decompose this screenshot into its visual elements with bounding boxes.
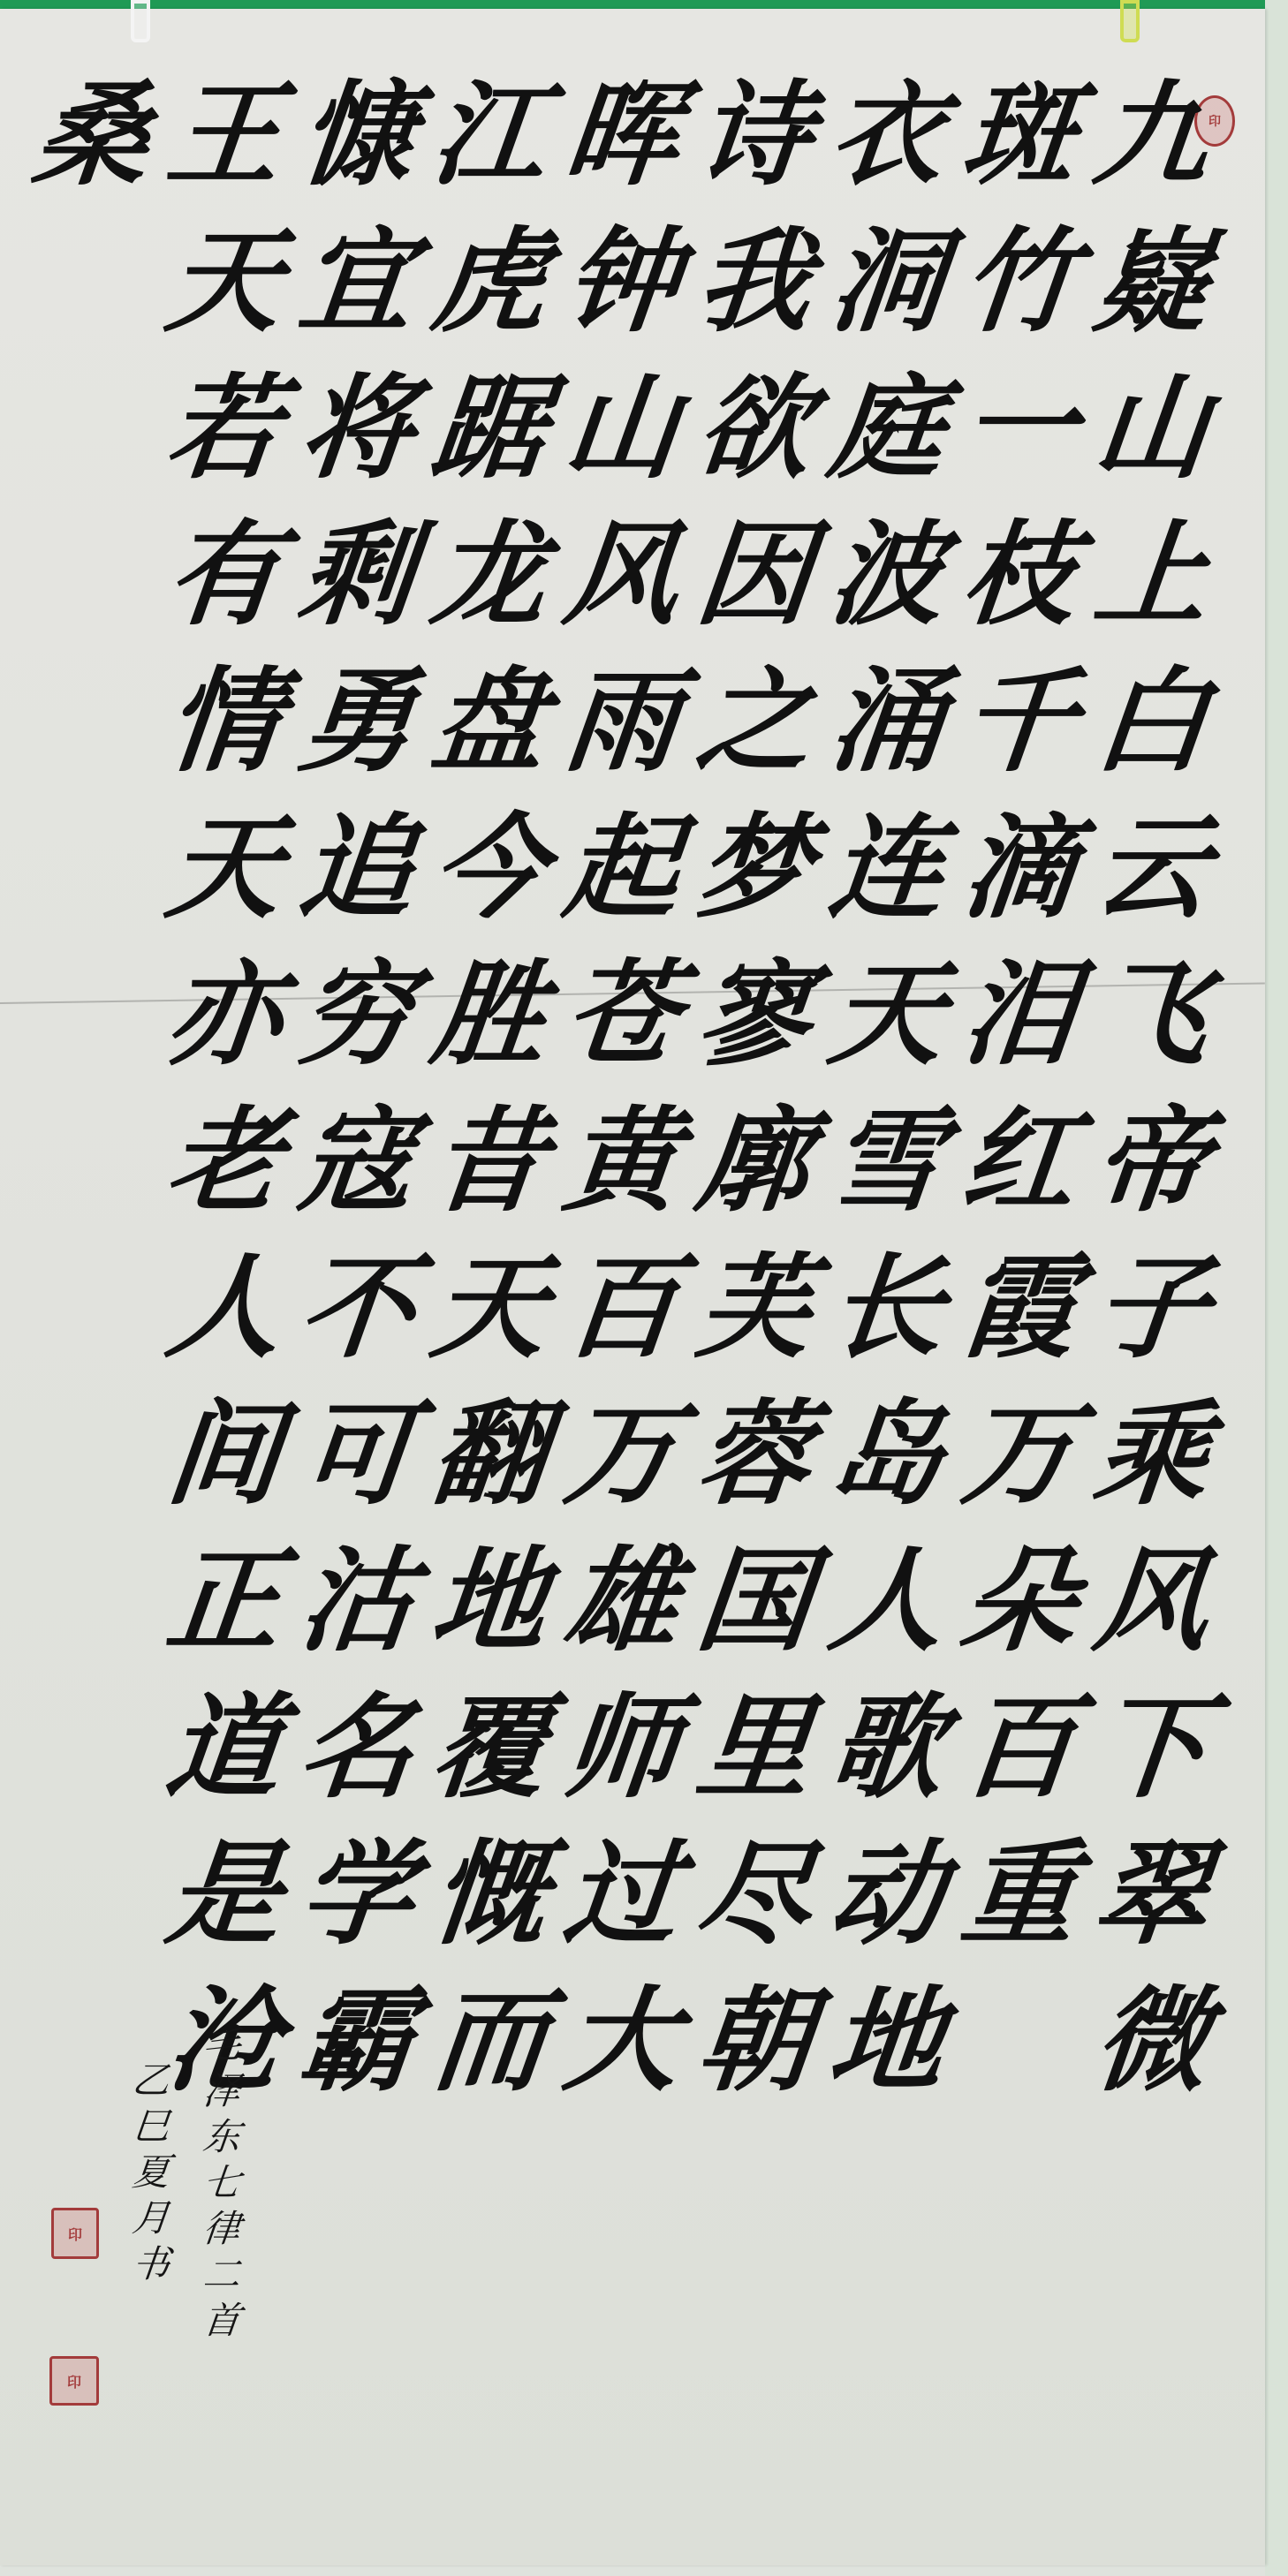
calligraphy-character: 云 (1087, 795, 1216, 941)
calligraphy-character: 胜 (425, 941, 553, 1088)
calligraphy-character: 雄 (557, 1528, 686, 1674)
calligraphy-character: 飞 (1087, 941, 1216, 1088)
calligraphy-character: 沽 (292, 1528, 420, 1674)
calligraphy-character: 连 (822, 795, 951, 941)
calligraphy-character: 王 (160, 62, 288, 208)
calligraphy-character: 寇 (292, 1088, 420, 1235)
calligraphy-character: 大 (557, 1968, 686, 2114)
style-name-seal: 印 (49, 2356, 99, 2406)
calligraphy-character: 穷 (292, 941, 420, 1088)
calligraphy-character: 一 (955, 355, 1083, 502)
calligraphy-character: 诗 (690, 62, 818, 208)
calligraphy-character: 风 (1087, 1528, 1216, 1674)
calligraphy-character: 间 (160, 1381, 288, 1528)
calligraphy-character: 正 (160, 1528, 288, 1674)
calligraphy-character: 子 (1087, 1235, 1216, 1381)
calligraphy-character: 人 (822, 1528, 951, 1674)
calligraphy-character: 道 (160, 1674, 288, 1821)
calligraphy-character: 慷 (292, 62, 420, 208)
calligraphy-character: 蓉 (690, 1381, 818, 1528)
calligraphy-character: 虎 (425, 208, 553, 355)
calligraphy-character: 乘 (1087, 1381, 1216, 1528)
calligraphy-character: 地 (425, 1528, 553, 1674)
inscription-character: 律 (201, 2206, 242, 2252)
calligraphy-character: 追 (292, 795, 420, 941)
calligraphy-character: 枝 (955, 502, 1083, 648)
calligraphy-character: 百 (557, 1235, 686, 1381)
inscription-character: 乙 (130, 2058, 171, 2104)
calligraphy-character: 霸 (292, 1968, 420, 2114)
inscription-character: 毛 (201, 2022, 242, 2068)
inscription-character: 巳 (130, 2104, 171, 2149)
calligraphy-character: 若 (160, 355, 288, 502)
calligraphy-character: 宜 (292, 208, 420, 355)
calligraphy-character: 九 (1087, 62, 1216, 208)
calligraphy-character: 江 (425, 62, 553, 208)
calligraphy-character: 起 (557, 795, 686, 941)
calligraphy-character: 霞 (955, 1235, 1083, 1381)
calligraphy-character: 洞 (822, 208, 951, 355)
calligraphy-character: 下 (1087, 1674, 1216, 1821)
calligraphy-character: 今 (425, 795, 553, 941)
calligraphy-column: 慷宜将剩勇追穷寇不可沽名学霸 (300, 62, 413, 2114)
calligraphy-column: 诗我欲因之梦寥廓芙蓉国里尽朝 (698, 62, 811, 2114)
calligraphy-character: 因 (690, 502, 818, 648)
calligraphy-character: 而 (425, 1968, 553, 2114)
calligraphy-character: 名 (292, 1674, 420, 1821)
calligraphy-character: 长 (822, 1235, 951, 1381)
calligraphy-character: 微 (1087, 1968, 1216, 2114)
calligraphy-character: 雪 (822, 1088, 951, 1235)
calligraphy-character: 过 (557, 1821, 686, 1968)
calligraphy-character: 动 (822, 1821, 951, 1968)
calligraphy-character: 欲 (690, 355, 818, 502)
calligraphy-character: 昔 (425, 1088, 553, 1235)
inscription-character: 书 (130, 2241, 171, 2287)
calligraphy-character: 衣 (822, 62, 951, 208)
calligraphy-character: 是 (160, 1821, 288, 1968)
calligraphy-character: 里 (690, 1674, 818, 1821)
calligraphy-character: 山 (1087, 355, 1216, 502)
calligraphy-column: 衣洞庭波涌连天雪长岛人歌动地 (830, 62, 943, 2114)
calligraphy-character: 白 (1087, 648, 1216, 795)
inscription-character: 首 (201, 2298, 242, 2344)
calligraphy-character: 梦 (690, 795, 818, 941)
calligraphy-character: 波 (822, 502, 951, 648)
calligraphy-character: 斑 (955, 62, 1083, 208)
calligraphy-character: 情 (160, 648, 288, 795)
calligraphy-character: 尽 (690, 1821, 818, 1968)
calligraphy-character: 钟 (557, 208, 686, 355)
calligraphy-character: 雨 (557, 648, 686, 795)
inscription-character: 东 (201, 2114, 242, 2160)
calligraphy-character: 桑 (27, 62, 155, 208)
calligraphy-character: 竹 (955, 208, 1083, 355)
calligraphy-character: 朝 (690, 1968, 818, 2114)
calligraphy-character: 剩 (292, 502, 420, 648)
calligraphy-character: 寥 (690, 941, 818, 1088)
calligraphy-column: 王天若有情天亦老人间正道是沧 (168, 62, 281, 2114)
calligraphy-character: 有 (160, 502, 288, 648)
calligraphy-column: 江虎踞龙盘今胜昔天翻地覆慨而 (433, 62, 546, 2114)
calligraphy-character: 晖 (557, 62, 686, 208)
white-binder-clip-icon (131, 0, 150, 42)
calligraphy-character: 地 (822, 1968, 951, 2114)
calligraphy-character: 翻 (425, 1381, 553, 1528)
inscription-character: 夏 (130, 2149, 171, 2195)
calligraphy-character: 天 (425, 1235, 553, 1381)
calligraphy-character: 百 (955, 1674, 1083, 1821)
calligraphy-character: 滴 (955, 795, 1083, 941)
calligraphy-column: 九嶷山上白云飞帝子乘风下翠微 (1095, 62, 1208, 2114)
calligraphy-character: 盘 (425, 648, 553, 795)
calligraphy-character: 师 (557, 1674, 686, 1821)
calligraphy-character: 帝 (1087, 1088, 1216, 1235)
calligraphy-character: 天 (822, 941, 951, 1088)
calligraphy-character: 上 (1087, 502, 1216, 648)
calligraphy-character: 将 (292, 355, 420, 502)
calligraphy-character: 千 (955, 648, 1083, 795)
calligraphy-character: 黄 (557, 1088, 686, 1235)
calligraphy-character: 歌 (822, 1674, 951, 1821)
calligraphy-character: 龙 (425, 502, 553, 648)
calligraphy-character: 庭 (822, 355, 951, 502)
calligraphy-character: 芙 (690, 1235, 818, 1381)
calligraphy-character: 可 (292, 1381, 420, 1528)
calligraphy-character: 踞 (425, 355, 553, 502)
wall-edge (1265, 0, 1288, 2576)
calligraphy-character: 廓 (690, 1088, 818, 1235)
calligraphy-character: 学 (292, 1821, 420, 1968)
calligraphy-character: 红 (955, 1088, 1083, 1235)
calligraphy-character: 不 (292, 1235, 420, 1381)
calligraphy-character: 山 (557, 355, 686, 502)
title-inscription: 毛泽东七律二首 (203, 2022, 240, 2344)
calligraphy-character: 万 (955, 1381, 1083, 1528)
calligraphy-character: 之 (690, 648, 818, 795)
calligraphy-character: 老 (160, 1088, 288, 1235)
calligraphy-character: 亦 (160, 941, 288, 1088)
name-seal: 印 (51, 2208, 99, 2259)
calligraphy-character: 朵 (955, 1528, 1083, 1674)
inscription-character: 泽 (201, 2068, 242, 2114)
calligraphy-character: 风 (557, 502, 686, 648)
calligraphy-character: 翠 (1087, 1821, 1216, 1968)
calligraphy-character: 覆 (425, 1674, 553, 1821)
calligraphy-character: 慨 (425, 1821, 553, 1968)
calligraphy-character: 嶷 (1087, 208, 1216, 355)
inscription-character: 七 (201, 2160, 242, 2206)
calligraphy-column: 桑 (35, 62, 148, 208)
calligraphy-character: 天 (160, 795, 288, 941)
calligraphy-character: 重 (955, 1821, 1083, 1968)
calligraphy-column: 斑竹一枝千滴泪红霞万朵百重 (963, 62, 1076, 1968)
calligraphy-character: 万 (557, 1381, 686, 1528)
calligraphy-character: 岛 (822, 1381, 951, 1528)
inscription-character: 月 (130, 2195, 171, 2241)
calligraphy-character: 泪 (955, 941, 1083, 1088)
calligraphy-character: 人 (160, 1235, 288, 1381)
calligraphy-character: 苍 (557, 941, 686, 1088)
date-signature: 乙巳夏月书 (133, 2058, 170, 2287)
inscription-character: 二 (201, 2252, 242, 2298)
calligraphy-character: 我 (690, 208, 818, 355)
yellow-binder-clip-icon (1120, 0, 1140, 42)
calligraphy-character: 涌 (822, 648, 951, 795)
calligraphy-character: 勇 (292, 648, 420, 795)
calligraphy-column: 晖钟山风雨起苍黄百万雄师过大 (565, 62, 678, 2114)
calligraphy-character: 天 (160, 208, 288, 355)
calligraphy-character: 国 (690, 1528, 818, 1674)
